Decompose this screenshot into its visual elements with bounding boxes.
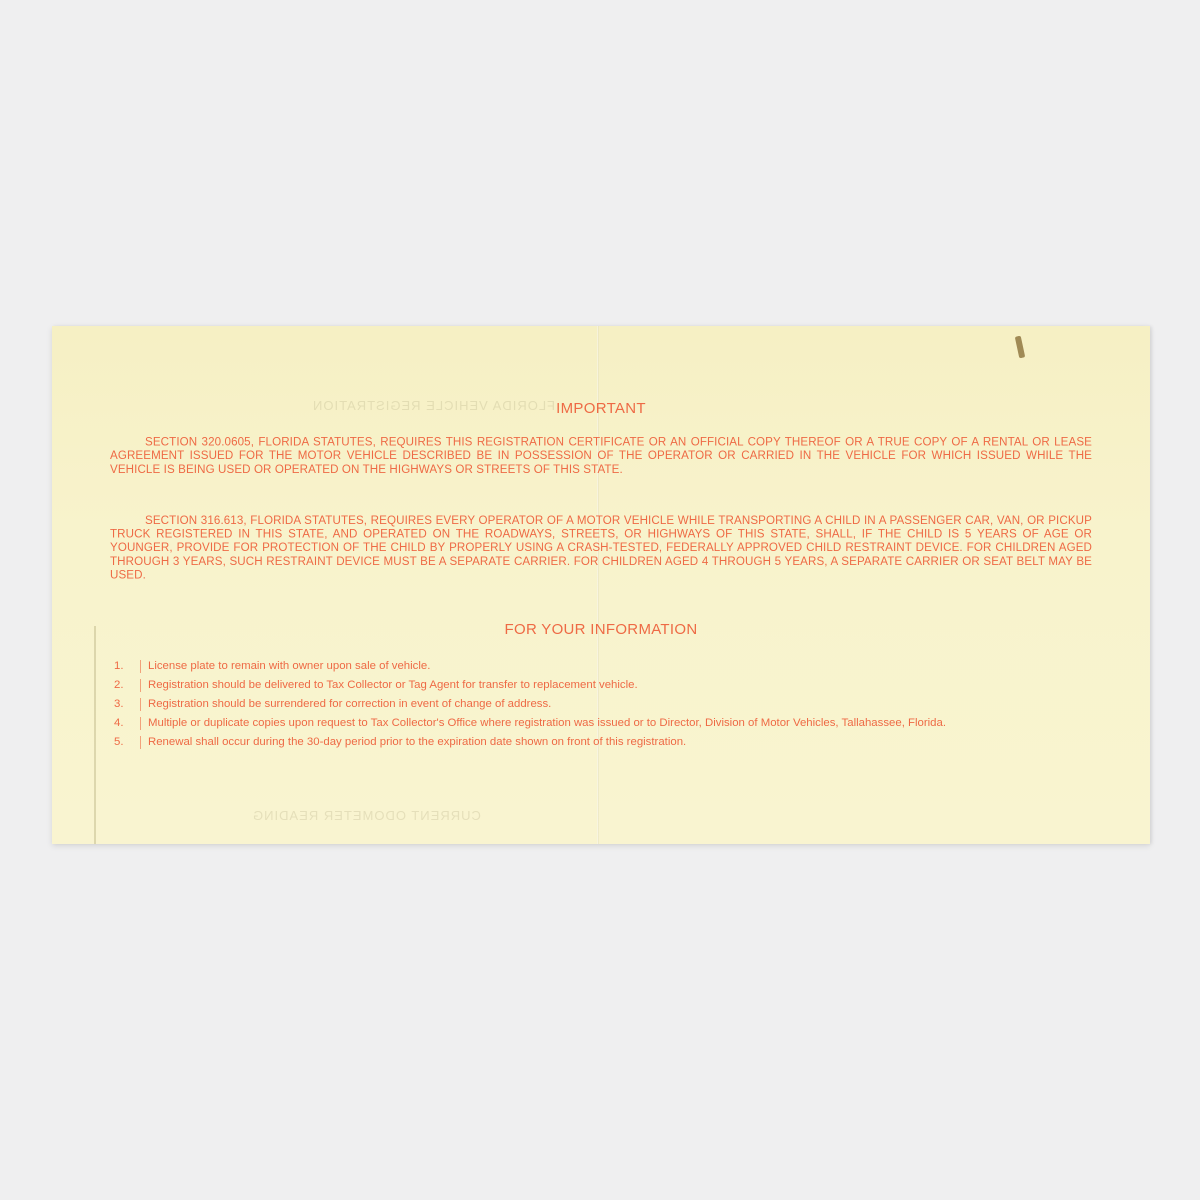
info-item: 1. License plate to remain with owner up…: [110, 660, 1095, 673]
info-item-number: 3.: [110, 698, 141, 711]
important-heading: IMPORTANT: [52, 400, 1150, 417]
info-heading: FOR YOUR INFORMATION: [52, 621, 1150, 638]
info-item-text: License plate to remain with owner upon …: [148, 660, 1095, 673]
info-item: 5. Renewal shall occur during the 30-day…: [110, 736, 1095, 749]
paper-tear: [1015, 336, 1025, 359]
info-item-text: Renewal shall occur during the 30-day pe…: [148, 736, 1095, 749]
info-item-number: 1.: [110, 660, 141, 673]
info-item: 2. Registration should be delivered to T…: [110, 679, 1095, 692]
statute-paragraph-320: SECTION 320.0605, FLORIDA STATUTES, REQU…: [110, 435, 1092, 476]
registration-certificate-back: FLORIDA VEHICLE REGISTRATION CURRENT ODO…: [52, 326, 1150, 844]
info-item-text: Registration should be delivered to Tax …: [148, 679, 1095, 692]
info-item-text: Multiple or duplicate copies upon reques…: [148, 717, 1095, 730]
statute-paragraph-316-text: SECTION 316.613, FLORIDA STATUTES, REQUI…: [110, 513, 1092, 581]
bleed-through-bottom: CURRENT ODOMETER READING: [252, 808, 481, 823]
info-list: 1. License plate to remain with owner up…: [110, 660, 1095, 755]
statute-paragraph-320-text: SECTION 320.0605, FLORIDA STATUTES, REQU…: [110, 435, 1092, 476]
info-item: 4. Multiple or duplicate copies upon req…: [110, 717, 1095, 730]
info-item: 3. Registration should be surrendered fo…: [110, 698, 1095, 711]
statute-paragraph-316: SECTION 316.613, FLORIDA STATUTES, REQUI…: [110, 513, 1092, 581]
info-item-number: 4.: [110, 717, 141, 730]
info-item-text: Registration should be surrendered for c…: [148, 698, 1095, 711]
info-item-number: 5.: [110, 736, 141, 749]
info-item-number: 2.: [110, 679, 141, 692]
